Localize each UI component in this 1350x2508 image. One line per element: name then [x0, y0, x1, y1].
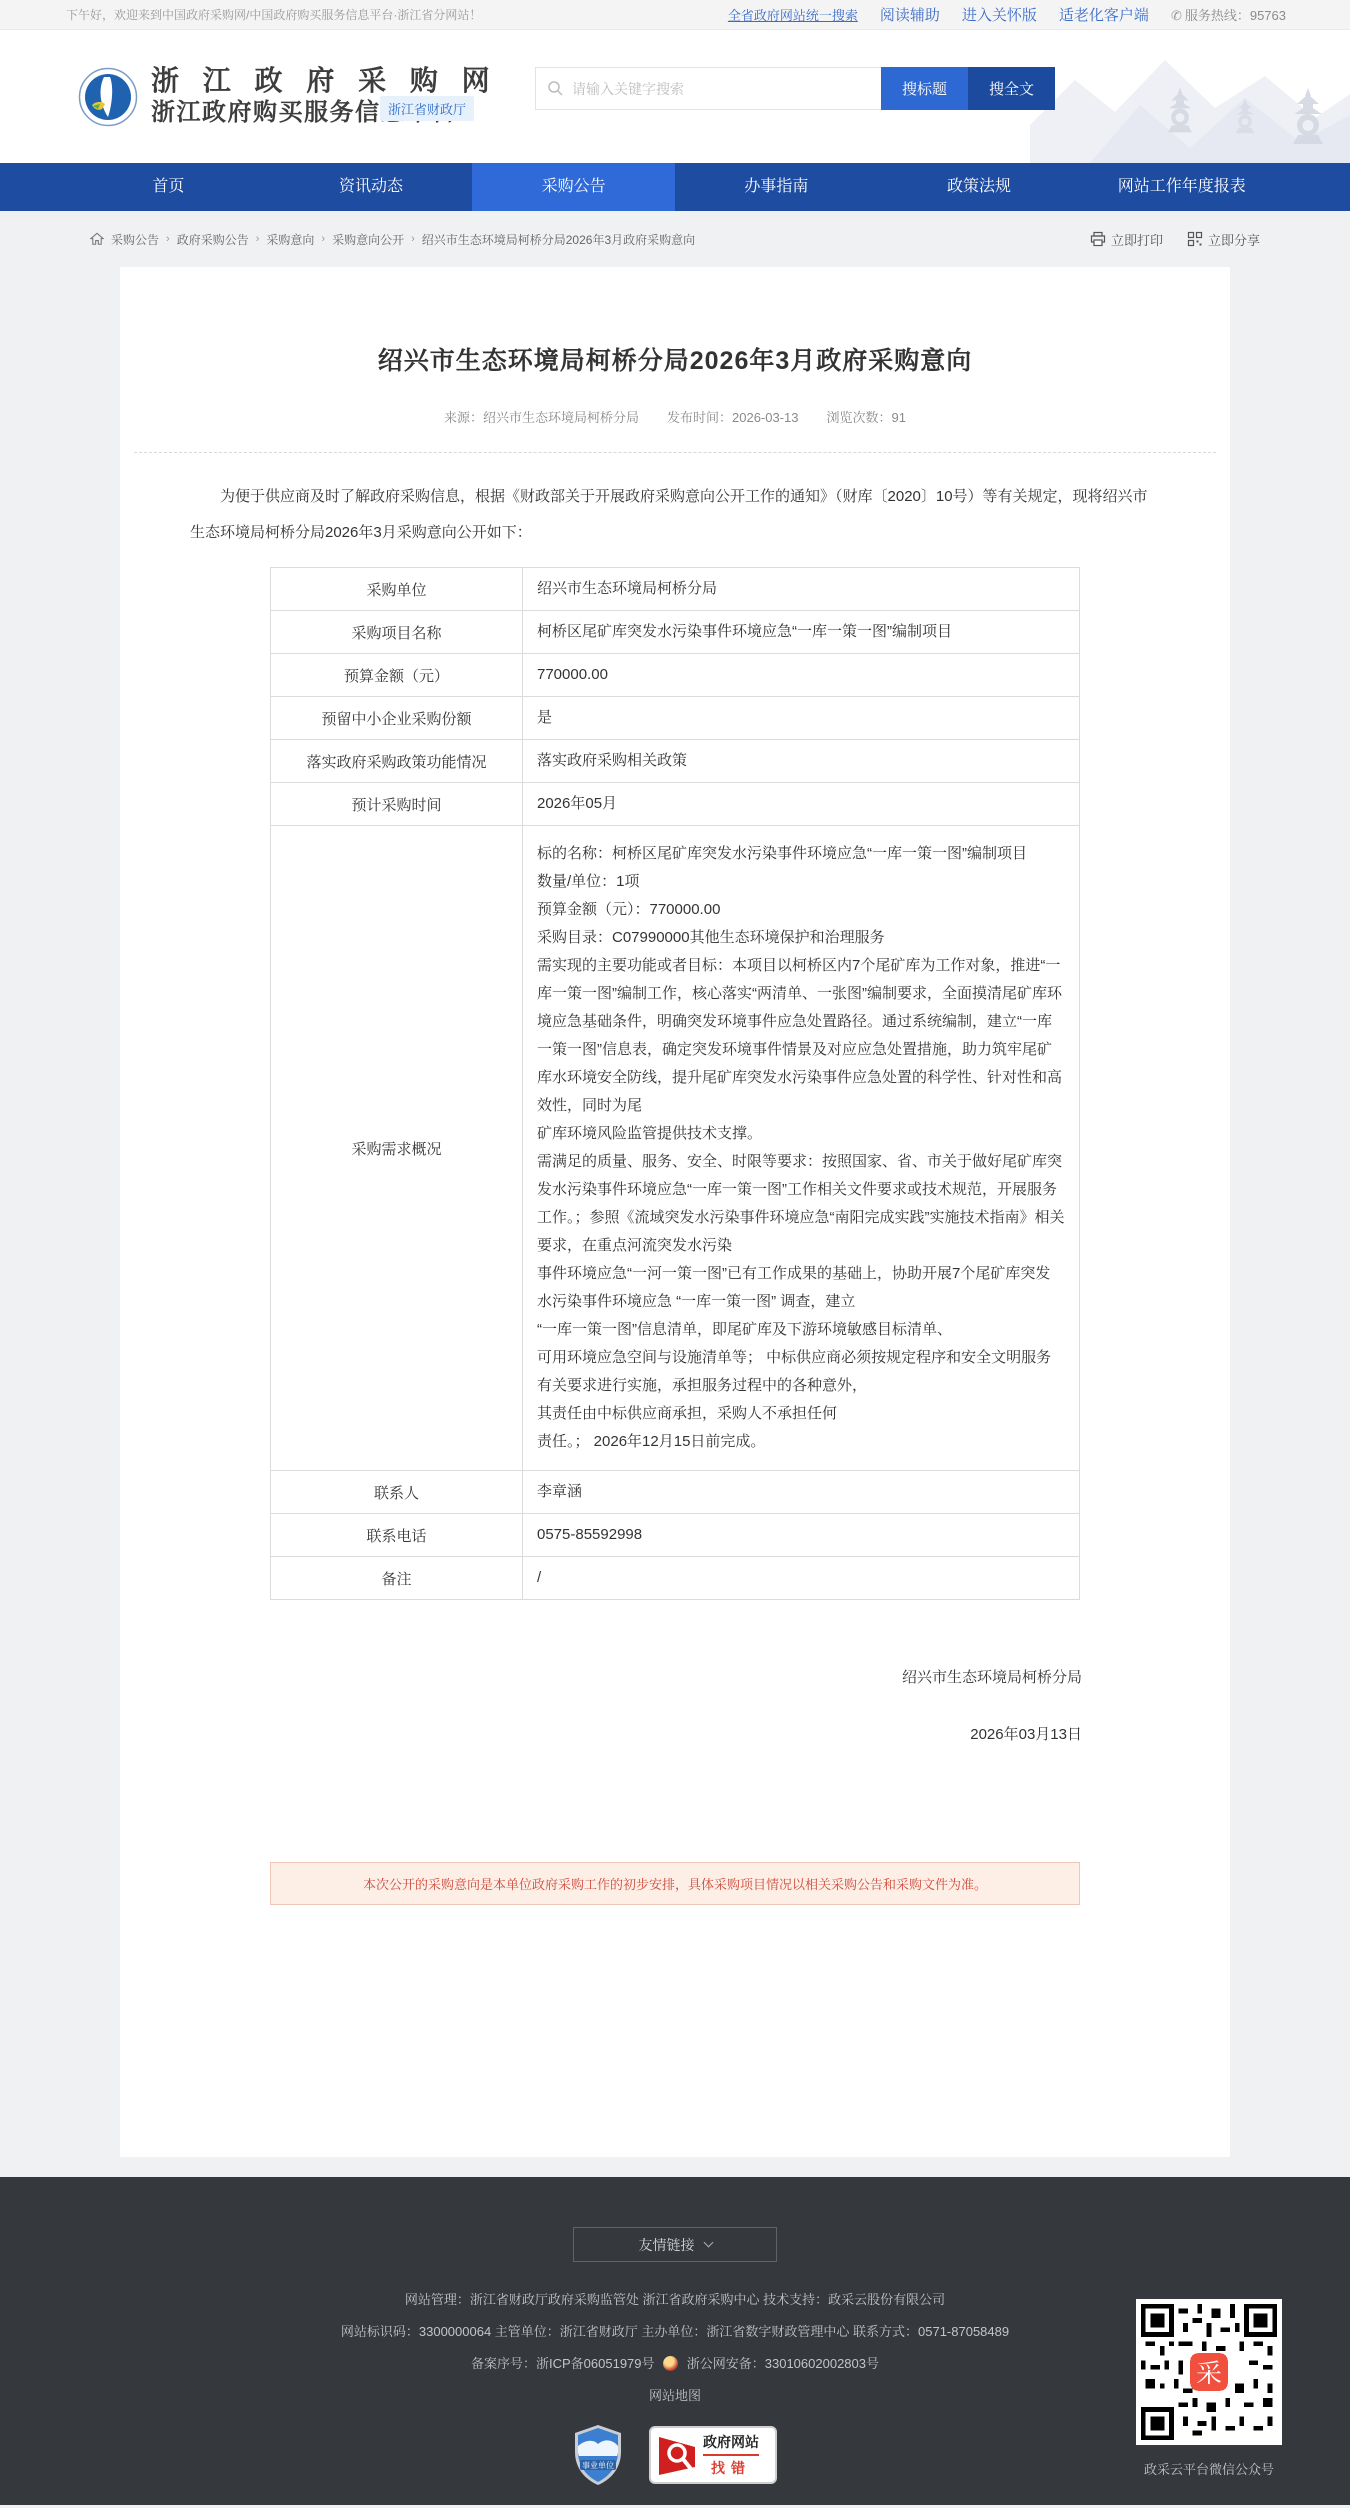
- friend-links-dropdown[interactable]: 友情链接: [573, 2227, 777, 2262]
- row-value: 李章涵: [523, 1471, 1080, 1514]
- service-hotline: ✆服务热线：95763: [1171, 5, 1286, 24]
- row-value: 0575-85592998: [523, 1514, 1080, 1557]
- search-icon: [547, 80, 563, 96]
- row-label: 预算金额（元）: [271, 654, 523, 697]
- find-error-magnifier-icon: [657, 2433, 697, 2477]
- row-value: 柯桥区尾矿库突发水污染事件环境应急“一库一策一图”编制项目: [523, 611, 1080, 654]
- print-button[interactable]: 立即打印: [1090, 230, 1163, 249]
- table-row: 备注 /: [271, 1557, 1080, 1600]
- phone-icon: ✆: [1171, 8, 1182, 23]
- breadcrumb-separator: ›: [321, 233, 325, 245]
- nav-item-annual-report[interactable]: 网站工作年度报表: [1080, 163, 1283, 211]
- printer-icon: [1090, 231, 1106, 247]
- nav-item-policies[interactable]: 政策法规: [878, 163, 1081, 211]
- public-institution-shield-badge[interactable]: 事业单位: [573, 2424, 623, 2486]
- breadcrumb-bar: 采购公告 › 政府采购公告 › 采购意向 › 采购意向公开 › 绍兴市生态环境局…: [90, 211, 1260, 267]
- sitemap-link[interactable]: 网站地图: [649, 2388, 701, 2403]
- search-input[interactable]: [535, 67, 881, 110]
- article-meta: 来源：绍兴市生态环境局柯桥分局 发布时间：2026-03-13 浏览次数：91: [120, 407, 1230, 426]
- svg-text:事业单位: 事业单位: [582, 2460, 614, 2470]
- find-error-label-top: 政府网站: [703, 2432, 759, 2456]
- row-label: 备注: [271, 1557, 523, 1600]
- row-label: 落实政府采购政策功能情况: [271, 740, 523, 783]
- article-view-count: 浏览次数：91: [827, 407, 906, 426]
- row-value: 770000.00: [523, 654, 1080, 697]
- care-version-link[interactable]: 进入关怀版: [962, 4, 1037, 25]
- elderly-client-link[interactable]: 适老化客户端: [1059, 4, 1149, 25]
- breadcrumb: 采购公告 › 政府采购公告 › 采购意向 › 采购意向公开 › 绍兴市生态环境局…: [90, 231, 695, 248]
- breadcrumb-separator: ›: [166, 233, 170, 245]
- breadcrumb-current: 绍兴市生态环境局柯桥分局2026年3月政府采购意向: [422, 231, 695, 248]
- row-value: 是: [523, 697, 1080, 740]
- row-label: 采购项目名称: [271, 611, 523, 654]
- signature-org: 绍兴市生态环境局柯桥分局: [120, 1666, 1082, 1687]
- search-title-button[interactable]: 搜标题: [881, 67, 968, 110]
- row-value: 绍兴市生态环境局柯桥分局: [523, 568, 1080, 611]
- greeting-text: 下午好，欢迎来到中国政府采购网/中国政府购买服务信息平台·浙江省分网站！: [66, 6, 481, 23]
- table-row: 预算金额（元） 770000.00: [271, 654, 1080, 697]
- table-row: 采购项目名称 柯桥区尾矿库突发水污染事件环境应急“一库一策一图”编制项目: [271, 611, 1080, 654]
- breadcrumb-item[interactable]: 采购意向公开: [332, 231, 404, 248]
- row-label: 预计采购时间: [271, 783, 523, 826]
- icp-link[interactable]: 备案序号：浙ICP备06051979号: [471, 2356, 655, 2371]
- row-label: 采购单位: [271, 568, 523, 611]
- wechat-qr-code: 采: [1136, 2299, 1282, 2445]
- national-emblem-icon: [663, 2356, 678, 2371]
- mountain-pagoda-decoration: [1030, 30, 1350, 163]
- article-card: 绍兴市生态环境局柯桥分局2026年3月政府采购意向 来源：绍兴市生态环境局柯桥分…: [120, 267, 1230, 2157]
- share-qr-icon: [1187, 231, 1203, 247]
- breadcrumb-item[interactable]: 采购意向: [266, 231, 314, 248]
- article-title: 绍兴市生态环境局柯桥分局2026年3月政府采购意向: [120, 341, 1230, 377]
- table-row: 落实政府采购政策功能情况 落实政府采购相关政策: [271, 740, 1080, 783]
- table-row-demand: 采购需求概况 标的名称：柯桥区尾矿库突发水污染事件环境应急“一库一策一图”编制项…: [271, 826, 1080, 1471]
- nav-item-home[interactable]: 首页: [67, 163, 270, 211]
- table-row: 预留中小企业采购份额 是: [271, 697, 1080, 740]
- table-row: 预计采购时间 2026年05月: [271, 783, 1080, 826]
- breadcrumb-item[interactable]: 采购公告: [111, 231, 159, 248]
- qr-caption: 政采云平台微信公众号: [1114, 2459, 1304, 2478]
- home-icon: [90, 232, 104, 246]
- demand-summary-text: 标的名称：柯桥区尾矿库突发水污染事件环境应急“一库一策一图”编制项目 数量/单位…: [523, 826, 1080, 1471]
- police-beian-link[interactable]: 浙公网安备：33010602002803号: [687, 2356, 879, 2371]
- nav-item-news[interactable]: 资讯动态: [270, 163, 473, 211]
- svg-text:采: 采: [1196, 2359, 1222, 2388]
- breadcrumb-separator: ›: [411, 233, 415, 245]
- reading-aid-link[interactable]: 阅读辅助: [880, 4, 940, 25]
- row-label: 采购需求概况: [271, 826, 523, 1471]
- disclaimer-notice: 本次公开的采购意向是本单位政府采购工作的初步安排，具体采购项目情况以相关采购公告…: [270, 1862, 1080, 1905]
- row-label: 预留中小企业采购份额: [271, 697, 523, 740]
- site-footer: 友情链接 网站管理：浙江省财政厅政府采购监管处 浙江省政府采购中心 技术支持：政…: [0, 2177, 1350, 2505]
- procurement-info-table: 采购单位 绍兴市生态环境局柯桥分局 采购项目名称 柯桥区尾矿库突发水污染事件环境…: [270, 567, 1080, 1600]
- unified-search-link[interactable]: 全省政府网站统一搜索: [728, 5, 858, 24]
- site-title: 浙 江 政 府 采 购 网: [151, 64, 498, 97]
- breadcrumb-separator: ›: [256, 233, 260, 245]
- site-logo-icon: [78, 67, 138, 127]
- finance-dept-badge: 浙江省财政厅: [380, 96, 474, 121]
- top-utility-bar: 下午好，欢迎来到中国政府采购网/中国政府购买服务信息平台·浙江省分网站！ 全省政…: [0, 0, 1350, 30]
- gov-site-find-error-badge[interactable]: 政府网站 找错: [649, 2426, 777, 2484]
- divider: [134, 452, 1216, 453]
- article-source: 来源：绍兴市生态环境局柯桥分局: [444, 407, 639, 426]
- article-publish-time: 发布时间：2026-03-13: [667, 407, 799, 426]
- search-bar: 搜标题 搜全文: [535, 67, 1055, 110]
- row-label: 联系电话: [271, 1514, 523, 1557]
- chevron-down-icon: [703, 2238, 713, 2248]
- breadcrumb-item[interactable]: 政府采购公告: [177, 231, 249, 248]
- table-row: 采购单位 绍兴市生态环境局柯桥分局: [271, 568, 1080, 611]
- nav-item-service-guide[interactable]: 办事指南: [675, 163, 878, 211]
- find-error-label-bottom: 找错: [703, 2458, 759, 2478]
- table-row: 联系人 李章涵: [271, 1471, 1080, 1514]
- share-button[interactable]: 立即分享: [1187, 230, 1260, 249]
- row-value: 落实政府采购相关政策: [523, 740, 1080, 783]
- nav-item-procurement-announcements[interactable]: 采购公告: [472, 163, 675, 211]
- main-nav: 首页 资讯动态 采购公告 办事指南 政策法规 网站工作年度报表: [0, 163, 1350, 211]
- signature-block: 绍兴市生态环境局柯桥分局 2026年03月13日: [120, 1666, 1230, 1744]
- signature-date: 2026年03月13日: [120, 1723, 1082, 1744]
- row-value: 2026年05月: [523, 783, 1080, 826]
- row-label: 联系人: [271, 1471, 523, 1514]
- row-value: /: [523, 1557, 1080, 1600]
- table-row: 联系电话 0575-85592998: [271, 1514, 1080, 1557]
- search-fulltext-button[interactable]: 搜全文: [968, 67, 1055, 110]
- site-header: 浙 江 政 府 采 购 网 浙江政府购买服务信息平台 浙江省财政厅 搜标题 搜全…: [0, 30, 1350, 163]
- intro-paragraph: 为便于供应商及时了解政府采购信息，根据《财政部关于开展政府采购意向公开工作的通知…: [190, 479, 1160, 551]
